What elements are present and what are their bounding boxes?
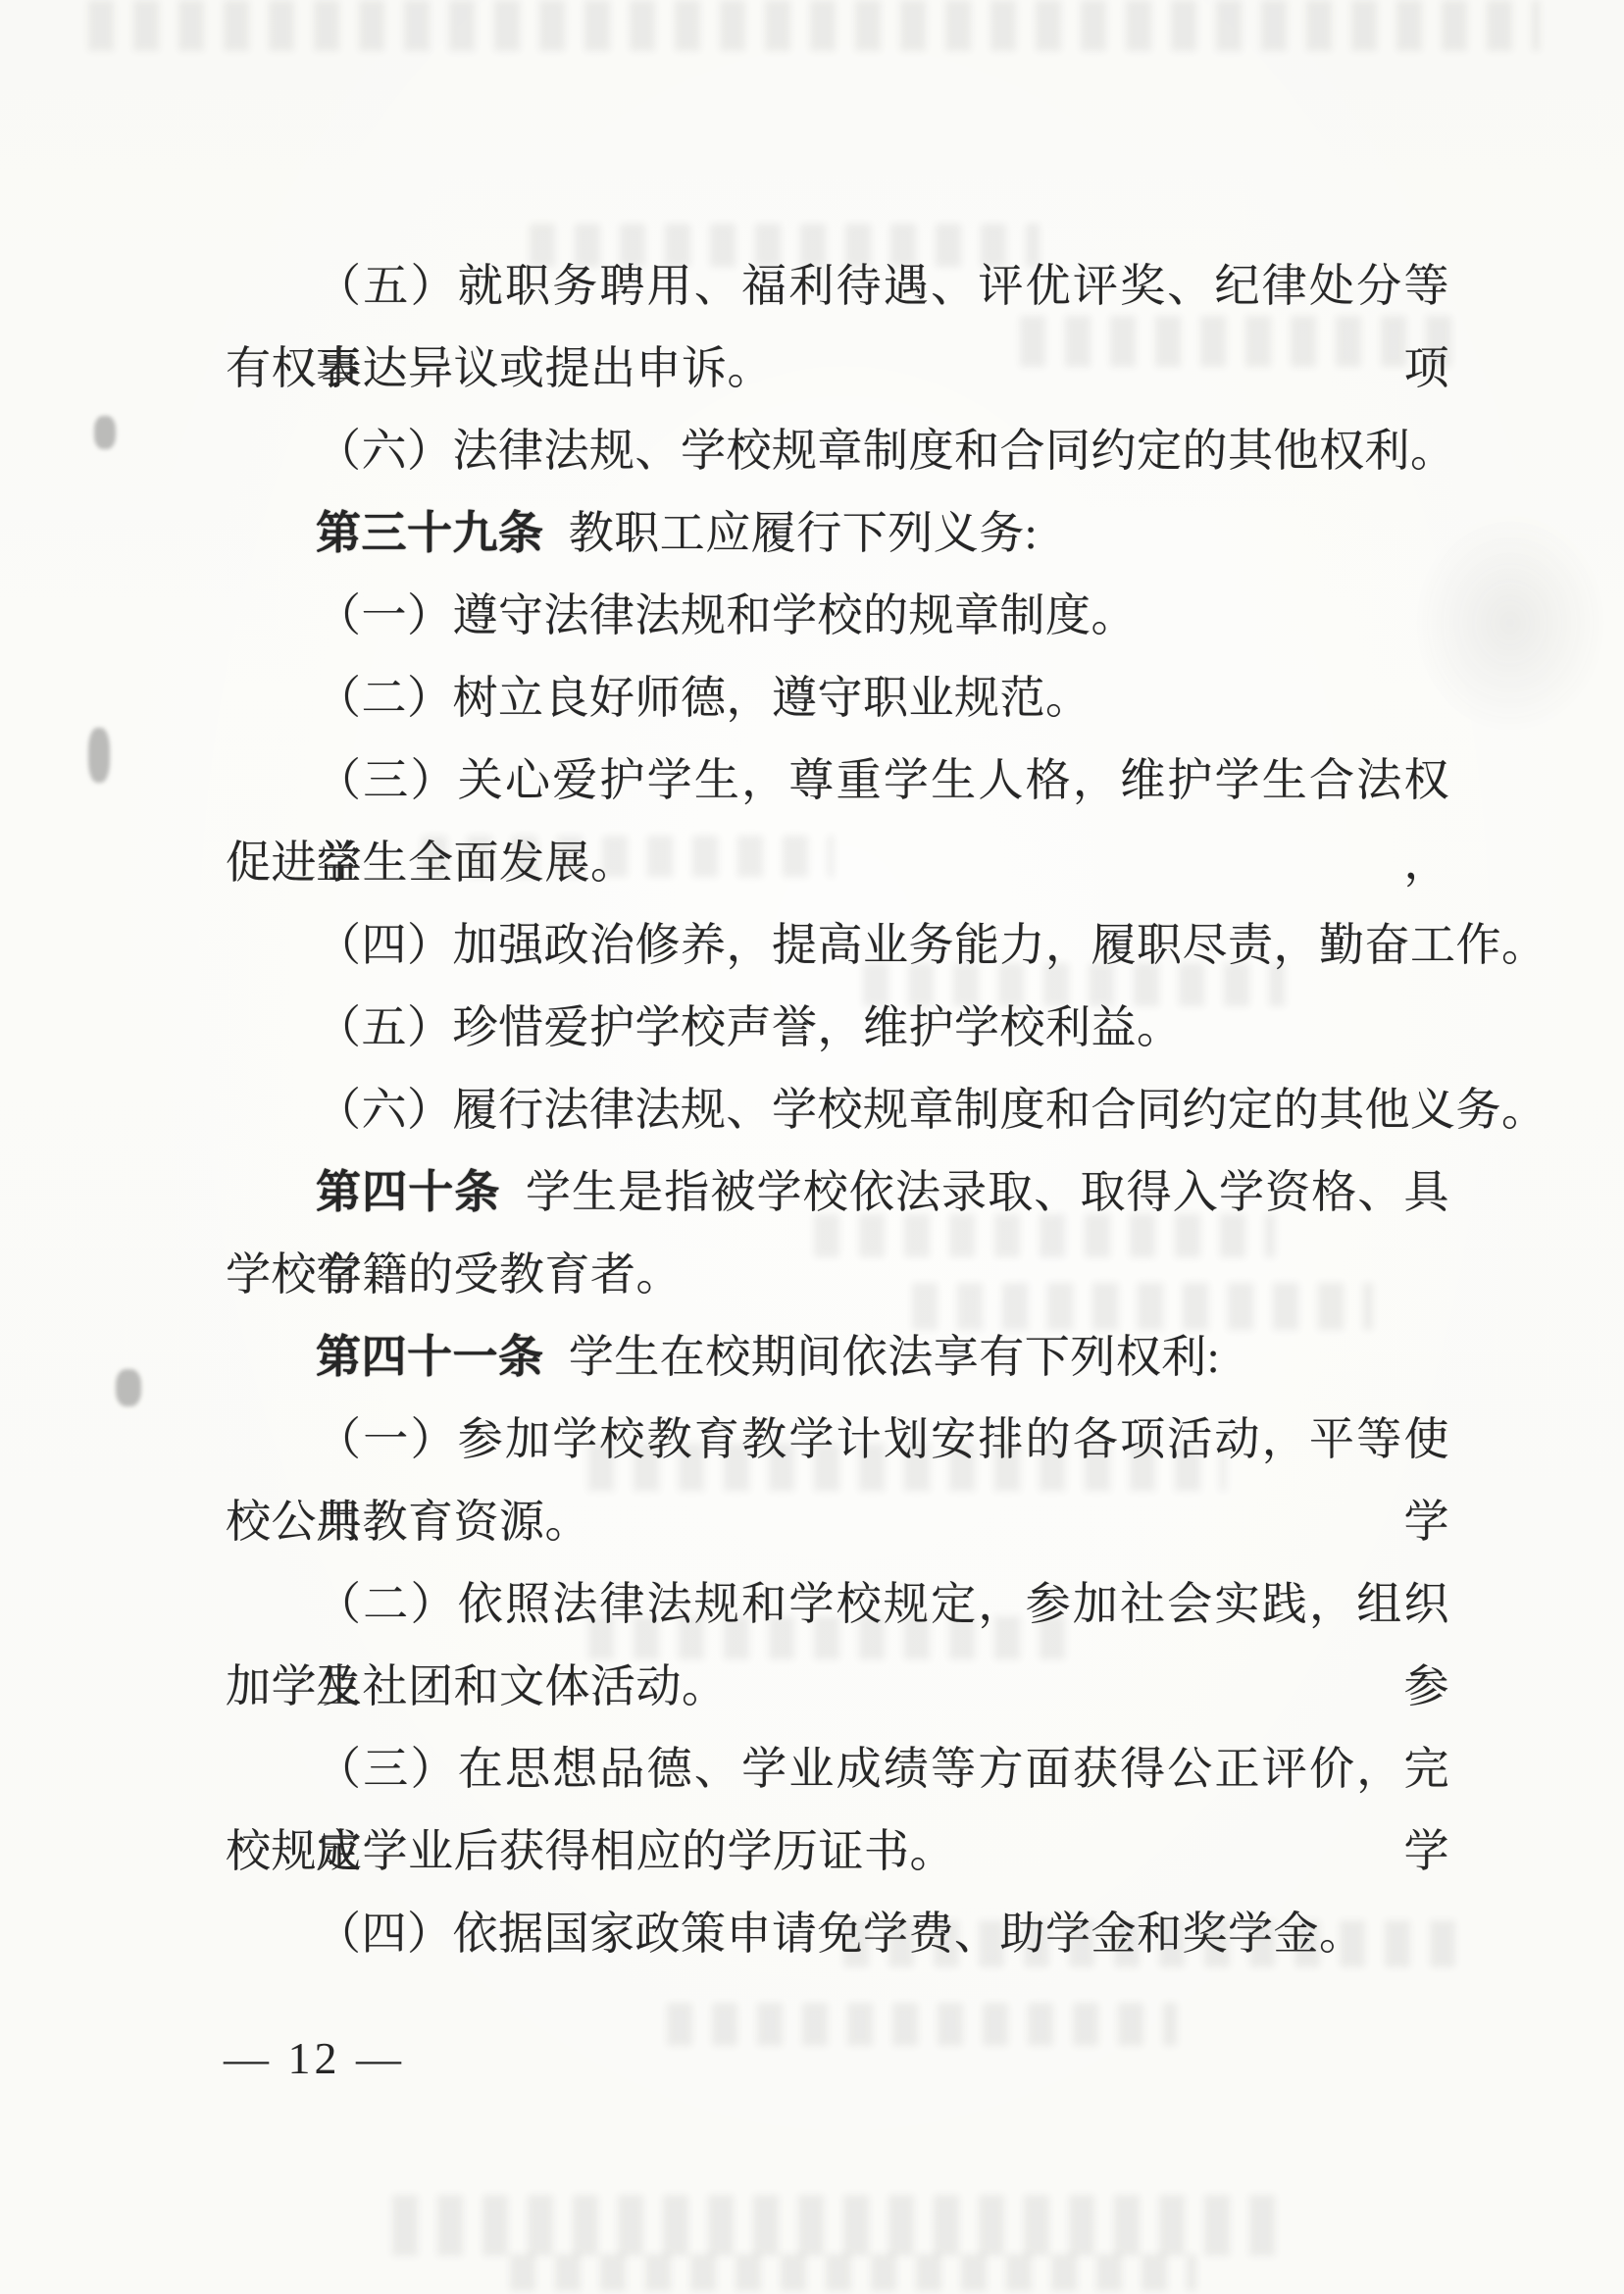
- text-line: （三）关心爱护学生，尊重学生人格，维护学生合法权益，: [226, 739, 1449, 822]
- bleedthrough-smudge: [392, 2195, 1275, 2256]
- ink-speck: [88, 728, 110, 783]
- bleedthrough-smudge: [88, 0, 1540, 51]
- article-number: 第四十一条: [316, 1332, 544, 1382]
- bleedthrough-smudge: [667, 2003, 1177, 2046]
- article-heading-line: 第四十条学生是指被学校依法录取、取得入学资格、具有: [226, 1151, 1449, 1234]
- document-body: （五）就职务聘用、福利待遇、评优评奖、纪律处分等事项有权表达异议或提出申诉。（六…: [226, 245, 1449, 1975]
- document-page: （五）就职务聘用、福利待遇、评优评奖、纪律处分等事项有权表达异议或提出申诉。（六…: [0, 0, 1624, 2294]
- text-line: （一）参加学校教育教学计划安排的各项活动，平等使用学: [226, 1399, 1449, 1481]
- text-line: （四）依据国家政策申请免学费、助学金和奖学金。: [226, 1893, 1449, 1975]
- article-heading-line: 第四十一条学生在校期间依法享有下列权利:: [226, 1316, 1449, 1399]
- article-number: 第四十条: [316, 1167, 501, 1217]
- text-line: （二）树立良好师德，遵守职业规范。: [226, 657, 1449, 739]
- ink-speck: [94, 416, 116, 449]
- text-line: （六）履行法律法规、学校规章制度和合同约定的其他义务。: [226, 1069, 1449, 1151]
- ink-speck: [116, 1369, 141, 1406]
- text-line: （五）珍惜爱护学校声誉，维护学校利益。: [226, 987, 1449, 1069]
- text-line: （五）就职务聘用、福利待遇、评优评奖、纪律处分等事项: [226, 245, 1449, 328]
- text-line: 学校学籍的受教育者。: [226, 1234, 1449, 1316]
- text-line: （二）依照法律法规和学校规定，参加社会实践，组织及参: [226, 1563, 1449, 1646]
- text-line: （四）加强政治修养，提高业务能力，履职尽责，勤奋工作。: [226, 904, 1449, 987]
- bleedthrough-smudge: [510, 2254, 1196, 2291]
- article-number: 第三十九条: [316, 508, 544, 558]
- page-number: — 12 —: [224, 2032, 405, 2084]
- text-line: （一）遵守法律法规和学校的规章制度。: [226, 575, 1449, 657]
- article-heading-line: 第三十九条教职工应履行下列义务:: [226, 492, 1449, 575]
- text-line: （三）在思想品德、学业成绩等方面获得公正评价，完成学: [226, 1728, 1449, 1810]
- text-line: （六）法律法规、学校规章制度和合同约定的其他权利。: [226, 410, 1449, 492]
